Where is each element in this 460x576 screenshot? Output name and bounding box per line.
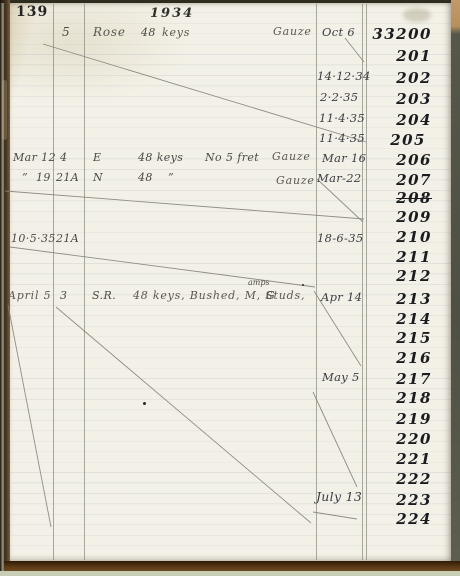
serial-number-10: 210 — [396, 228, 432, 246]
entry3-note: Gauze — [276, 174, 315, 187]
entry3-model: N — [93, 171, 103, 184]
column-rule-4b — [366, 4, 367, 560]
date-entry-2: 2·2·35 — [320, 90, 358, 104]
entry1-keys-word: keys — [162, 26, 190, 39]
ledger-page — [10, 3, 451, 561]
date-entry-4: 11·4·35 — [319, 131, 365, 145]
entry5-superscript: amps — [248, 278, 270, 287]
entry5-date: April 5 — [8, 289, 51, 302]
entry5-desc: 48 keys, Bushed, M, Studs, — [133, 289, 305, 302]
serial-number-1: 201 — [396, 47, 432, 65]
date-entry-8: Apr 14 — [321, 290, 362, 304]
serial-number-7: 207 — [396, 171, 432, 189]
book-right-edge — [451, 0, 460, 576]
serial-number-23: 223 — [396, 491, 432, 509]
entry4-batch: 21A — [56, 232, 79, 245]
column-rule-1 — [53, 4, 54, 560]
serial-number-17: 217 — [396, 370, 432, 388]
serial-number-0: 33200 — [372, 25, 432, 43]
entry2-model: E — [93, 151, 101, 164]
date-entry-10: July 13 — [316, 489, 362, 504]
entry2-note: Gauze — [272, 150, 311, 163]
serial-number-14: 214 — [396, 310, 432, 328]
entry3-ditto2: ” — [168, 171, 174, 184]
book-binding-edge — [0, 0, 10, 572]
entry2-keys: 48 keys — [138, 151, 183, 164]
serial-number-24: 224 — [396, 510, 432, 528]
serial-number-5: 205 — [390, 131, 426, 149]
serial-number-19: 219 — [396, 410, 432, 428]
background-mat — [0, 571, 460, 576]
serial-number-2: 202 — [396, 69, 432, 87]
entry2-fret: No 5 fret — [205, 151, 259, 164]
serial-number-6: 206 — [396, 151, 432, 169]
ink-speck — [302, 284, 304, 286]
entry1-qty: 5 — [62, 25, 70, 39]
date-entry-7: 18-6-35 — [317, 231, 363, 245]
entry5-batch: 3 — [60, 289, 67, 302]
serial-number-4: 204 — [396, 111, 432, 129]
serial-number-3: 203 — [396, 90, 432, 108]
book-top-edge — [0, 0, 460, 3]
date-entry-1: 14·12·34 — [317, 69, 371, 83]
serial-number-12: 212 — [396, 267, 432, 285]
entry3-keys: 48 — [138, 171, 153, 184]
entry5-suffix: G — [266, 289, 275, 302]
pencil-smudge — [403, 8, 431, 22]
column-rule-3 — [316, 4, 317, 560]
serial-number-16: 216 — [396, 349, 432, 367]
date-entry-9: May 5 — [322, 370, 360, 384]
serial-number-9: 209 — [396, 208, 432, 226]
year-heading: 1934 — [150, 6, 194, 21]
serial-number-18: 218 — [396, 389, 432, 407]
date-entry-0: Oct 6 — [322, 25, 355, 39]
serial-number-13: 213 — [396, 290, 432, 308]
entry1-note: Gauze — [273, 25, 312, 38]
serial-number-15: 215 — [396, 329, 432, 347]
date-entry-3: 11·4·35 — [319, 111, 365, 125]
entry5-model: S.R. — [92, 289, 116, 302]
entry3-day: 19 — [36, 171, 51, 184]
ink-dot — [143, 402, 146, 405]
entry4-date: 10·5·35 — [11, 232, 56, 245]
ledger-page-scan: 139 1934 5 Rose 48 keys Gauze Mar 12 4 E… — [0, 0, 460, 576]
entry1-model: Rose — [93, 25, 126, 39]
serial-number-21: 221 — [396, 450, 432, 468]
entry2-date: Mar 12 — [13, 151, 56, 164]
serial-number-8: 208 — [396, 189, 432, 207]
date-entry-6: Mar-22 — [317, 171, 361, 185]
entry3-ditto: ” — [22, 171, 28, 184]
page-number: 139 — [16, 4, 48, 20]
serial-number-11: 211 — [396, 248, 432, 266]
book-bottom-board — [4, 561, 460, 571]
serial-number-20: 220 — [396, 430, 432, 448]
column-rule-2 — [84, 4, 85, 560]
serial-number-22: 222 — [396, 470, 432, 488]
date-entry-5: Mar 16 — [322, 151, 366, 165]
entry3-batch: 21A — [56, 171, 79, 184]
entry2-batch: 4 — [60, 151, 67, 164]
entry1-keys-num: 48 — [141, 26, 156, 39]
column-rule-4a — [362, 4, 363, 560]
